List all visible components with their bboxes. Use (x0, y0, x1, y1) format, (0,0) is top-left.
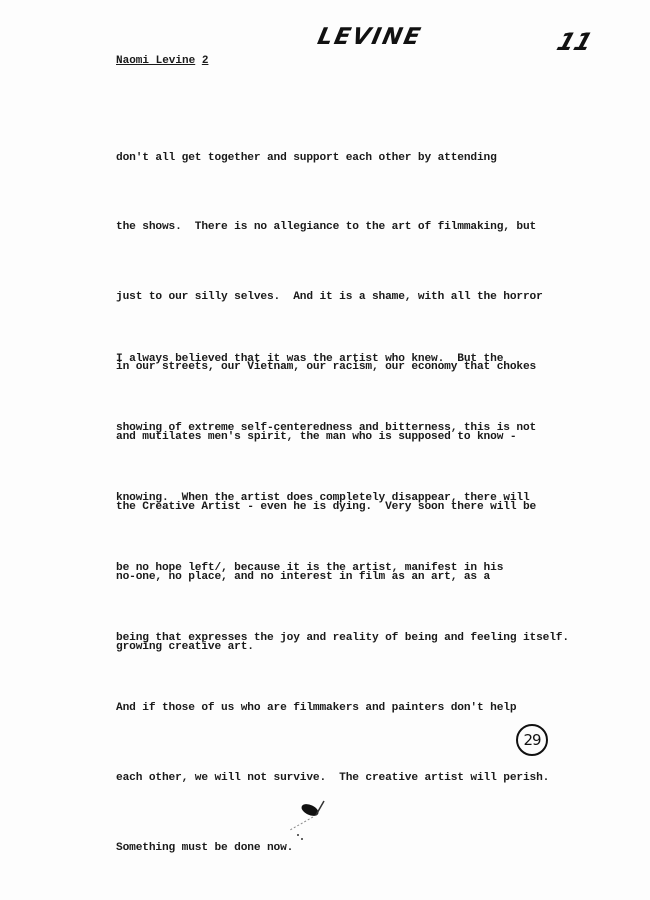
text-line: I always believed that it was the artist… (116, 348, 569, 371)
text-line: each other, we will not survive. The cre… (116, 767, 569, 790)
text-line: Something must be done now. (116, 837, 569, 860)
text-line: don't all get together and support each … (116, 147, 543, 170)
page-header: Naomi Levine 2 (116, 55, 208, 67)
document-page: LEVINE 11 Naomi Levine 2 don't all get t… (0, 0, 650, 900)
text-line: showing of extreme self-centeredness and… (116, 417, 569, 440)
header-page: 2 (202, 55, 209, 67)
header-author: Naomi Levine (116, 55, 195, 67)
text-line: knowing. When the artist does completely… (116, 487, 569, 510)
text-line: being that expresses the joy and reality… (116, 627, 569, 650)
text-line: be no hope left/, because it is the arti… (116, 557, 569, 580)
text-line: And if those of us who are filmmakers an… (116, 697, 569, 720)
circled-page-number: 29 (516, 724, 548, 756)
ink-smudge-icon (280, 795, 340, 845)
handwritten-page-number: 11 (553, 28, 596, 56)
handwritten-title: LEVINE (315, 24, 424, 50)
text-line: the shows. There is no allegiance to the… (116, 216, 543, 239)
paragraph-2: I always believed that it was the artist… (116, 301, 569, 900)
